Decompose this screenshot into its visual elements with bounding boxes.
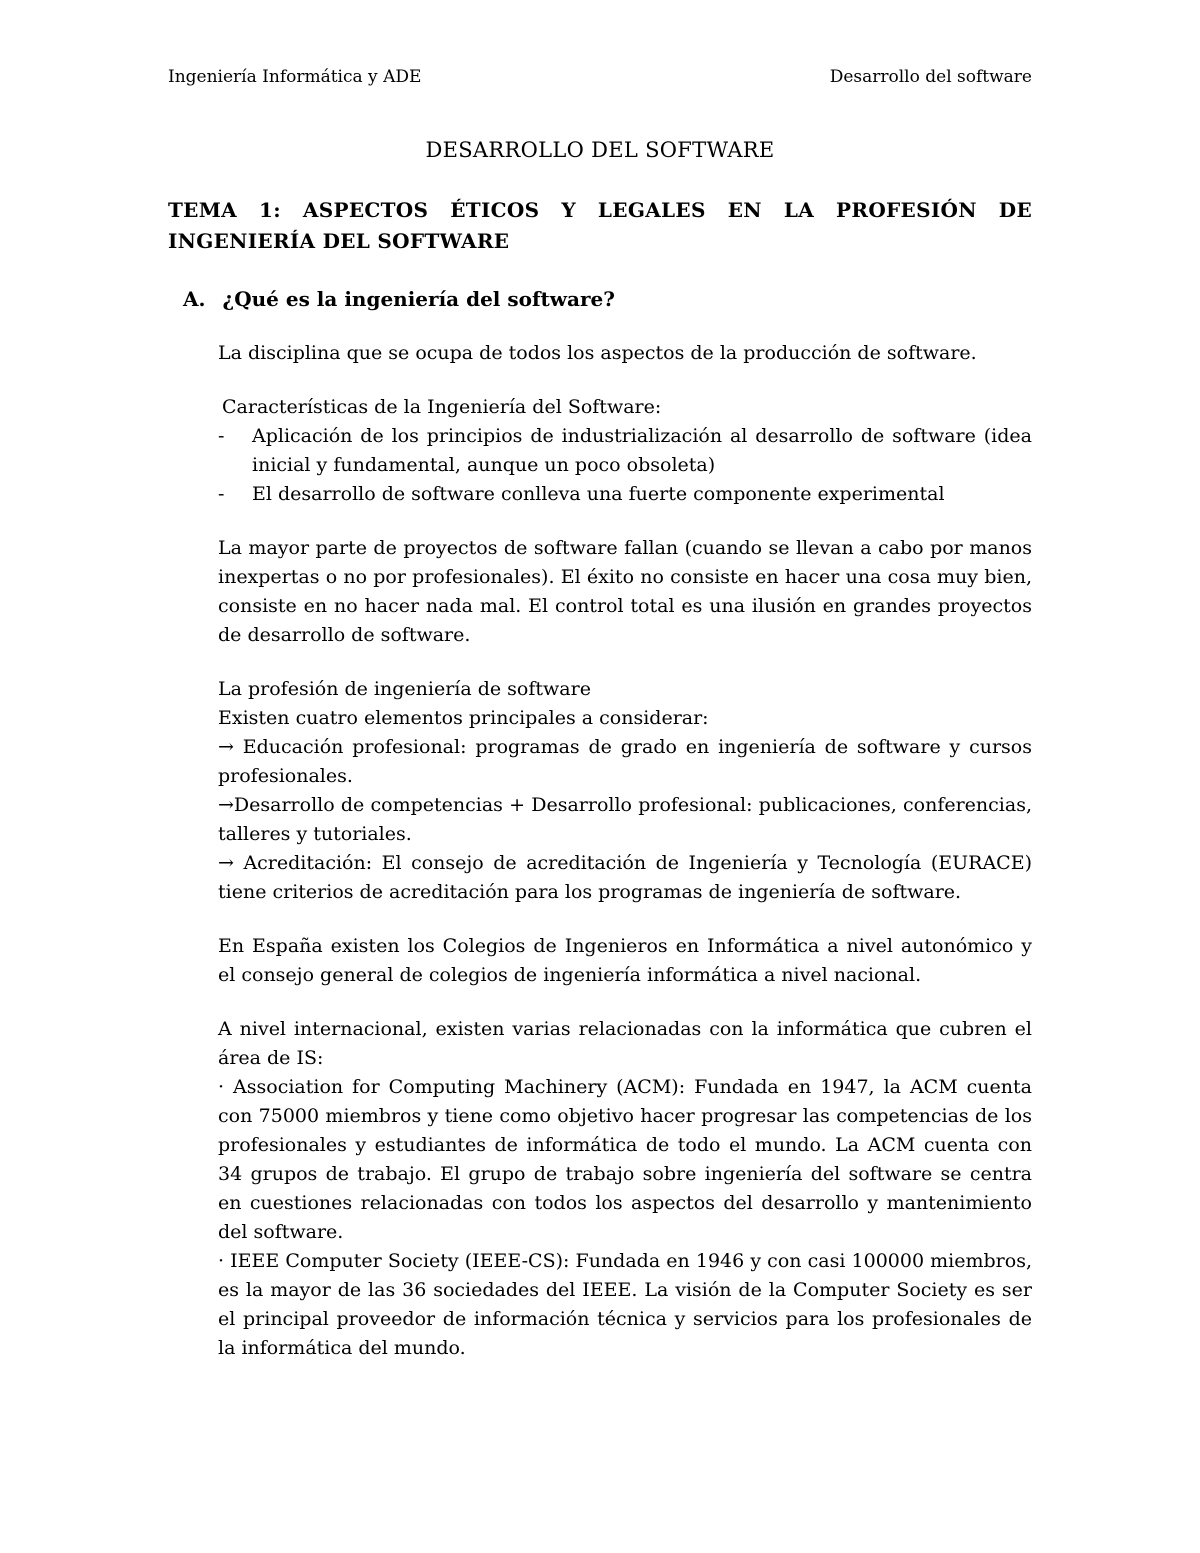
document-title: DESARROLLO DEL SOFTWARE (168, 138, 1032, 162)
document-page: Ingeniería Informática y ADE Desarrollo … (0, 0, 1200, 1553)
association-item-acm: · Association for Computing Machinery (A… (218, 1073, 1032, 1247)
page-header: Ingeniería Informática y ADE Desarrollo … (168, 66, 1032, 88)
profession-subtitle: Existen cuatro elementos principales a c… (218, 704, 1032, 733)
list-item-text: El desarrollo de software conlleva una f… (252, 480, 1032, 509)
caracteristicas-block: Características de la Ingeniería del Sof… (218, 393, 1032, 509)
tema-1-heading: TEMA 1: ASPECTOS ÉTICOS Y LEGALES EN LA … (168, 195, 1032, 257)
arrow-item: → Acreditación: El consejo de acreditaci… (218, 849, 1032, 907)
caracteristicas-title: Características de la Ingeniería del Sof… (222, 393, 1032, 422)
list-item: - Aplicación de los principios de indust… (218, 422, 1032, 480)
association-item-ieee: · IEEE Computer Society (IEEE-CS): Funda… (218, 1247, 1032, 1363)
section-a-title: ¿Qué es la ingeniería del software? (222, 287, 614, 311)
dash-bullet: - (218, 480, 252, 509)
profession-block: La profesión de ingeniería de software E… (218, 675, 1032, 907)
profession-title: La profesión de ingeniería de software (218, 675, 1032, 704)
international-block: A nivel internacional, existen varias re… (218, 1015, 1032, 1363)
section-a-label: A. (183, 287, 205, 311)
header-course: Ingeniería Informática y ADE (168, 66, 421, 88)
header-subject: Desarrollo del software (830, 66, 1032, 88)
international-intro: A nivel internacional, existen varias re… (218, 1015, 1032, 1073)
arrow-item: →Desarrollo de competencias + Desarrollo… (218, 791, 1032, 849)
intro-paragraph: La disciplina que se ocupa de todos los … (218, 339, 1032, 368)
list-item: - El desarrollo de software conlleva una… (218, 480, 1032, 509)
list-item-text: Aplicación de los principios de industri… (252, 422, 1032, 480)
spain-paragraph: En España existen los Colegios de Ingeni… (218, 932, 1032, 990)
section-a-heading: A. ¿Qué es la ingeniería del software? (183, 287, 1032, 311)
failure-paragraph: La mayor parte de proyectos de software … (218, 534, 1032, 650)
document-body: La disciplina que se ocupa de todos los … (218, 339, 1032, 1363)
arrow-item: → Educación profesional: programas de gr… (218, 733, 1032, 791)
dash-bullet: - (218, 422, 252, 480)
